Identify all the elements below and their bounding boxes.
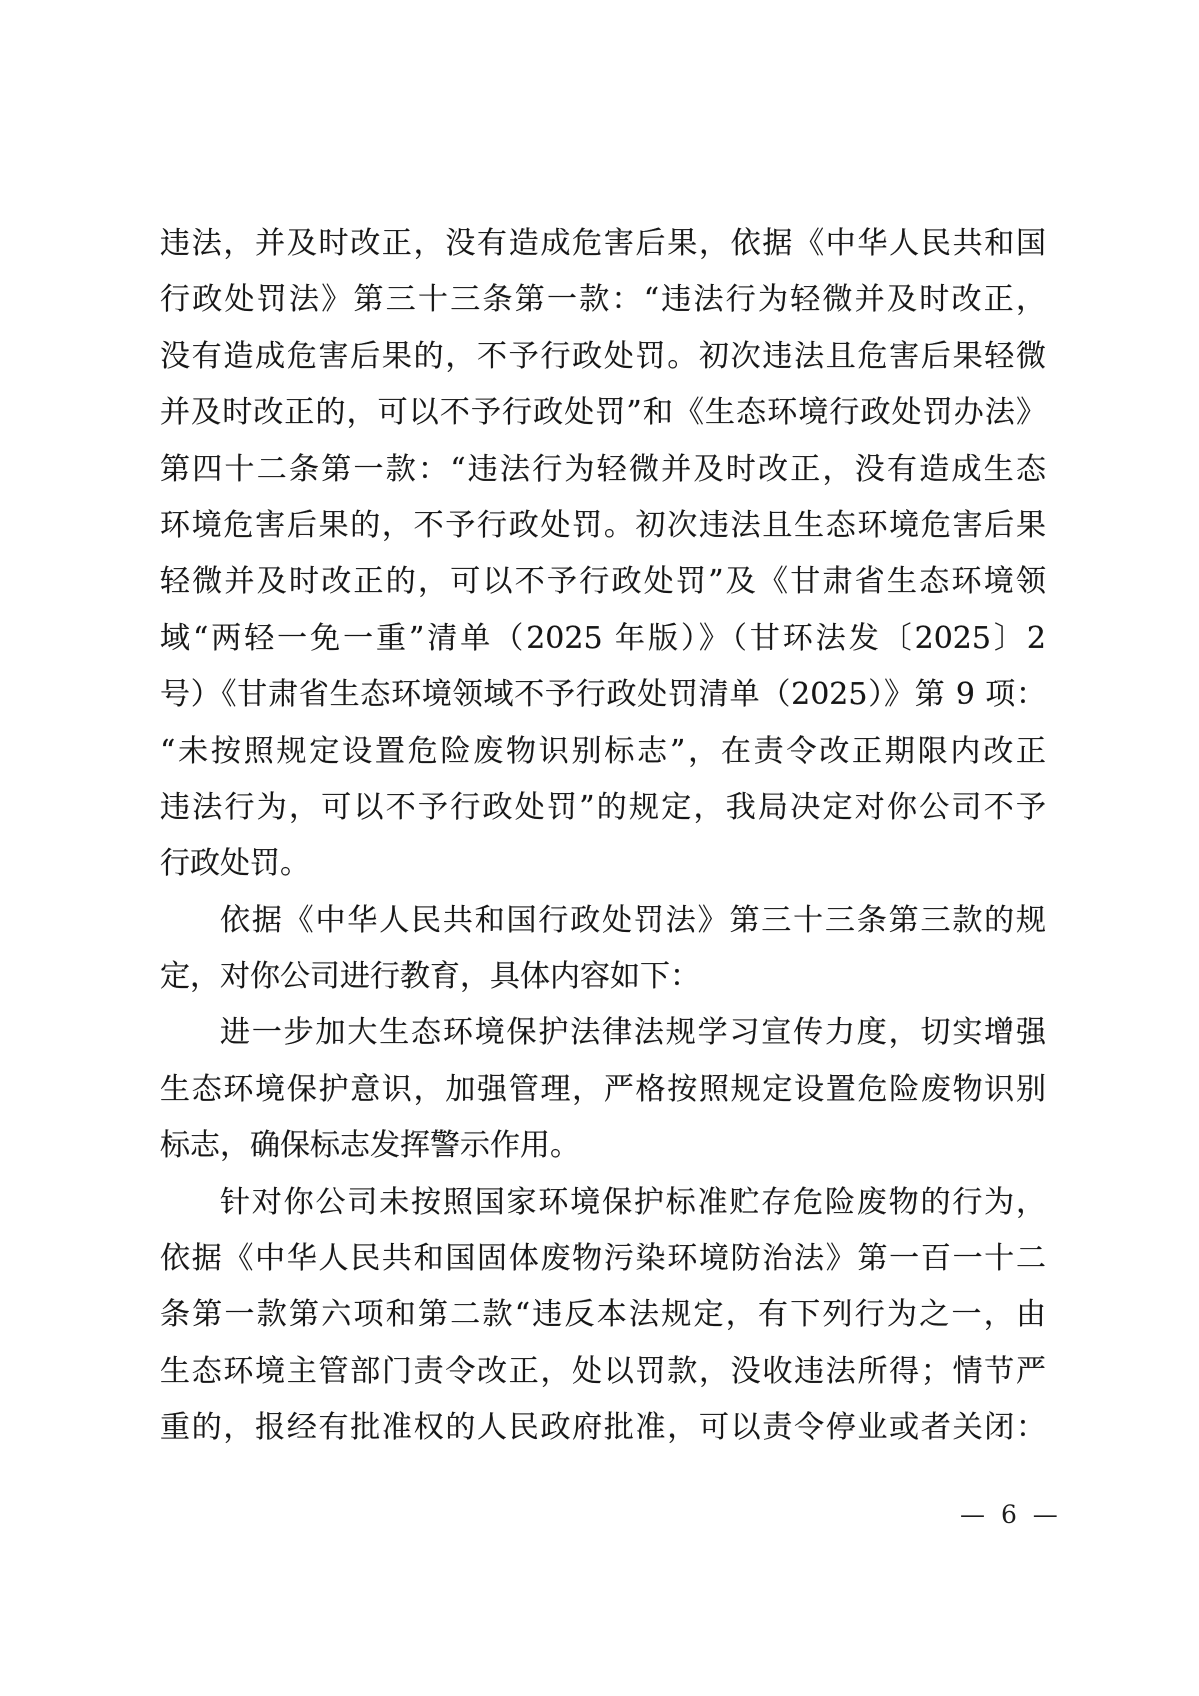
text-line: 依据《中华人民共和国固体废物污染环境防治法》第一百一十二 xyxy=(160,1231,1046,1287)
text-line: 标志，确保标志发挥警示作用。 xyxy=(160,1118,1046,1174)
text-line: 环境危害后果的，不予行政处罚。初次违法且生态环境危害后果 xyxy=(160,498,1046,554)
text-line: “未按照规定设置危险废物识别标志”，在责令改正期限内改正 xyxy=(160,724,1046,780)
text-line: 域“两轻一免一重”清单（2025 年版）》（甘环法发〔2025〕2 xyxy=(160,611,1046,667)
text-line: 违法行为，可以不予行政处罚”的规定，我局决定对你公司不予 xyxy=(160,780,1046,836)
text-line: 行政处罚。 xyxy=(160,836,1046,892)
page-number: — 6 — xyxy=(960,1498,1070,1532)
document-body-text: 违法，并及时改正，没有造成危害后果，依据《中华人民共和国行政处罚法》第三十三条第… xyxy=(160,216,1046,1457)
text-line: 条第一款第六项和第二款“违反本法规定，有下列行为之一，由 xyxy=(160,1287,1046,1343)
text-line: 轻微并及时改正的，可以不予行政处罚”及《甘肃省生态环境领 xyxy=(160,554,1046,610)
text-line: 依据《中华人民共和国行政处罚法》第三十三条第三款的规 xyxy=(160,893,1046,949)
text-line: 行政处罚法》第三十三条第一款：“违法行为轻微并及时改正， xyxy=(160,272,1046,328)
text-line: 并及时改正的，可以不予行政处罚”和《生态环境行政处罚办法》 xyxy=(160,385,1046,441)
scanned-document-page: 违法，并及时改正，没有造成危害后果，依据《中华人民共和国行政处罚法》第三十三条第… xyxy=(0,0,1199,1696)
text-line: 违法，并及时改正，没有造成危害后果，依据《中华人民共和国 xyxy=(160,216,1046,272)
text-line: 针对你公司未按照国家环境保护标准贮存危险废物的行为， xyxy=(160,1175,1046,1231)
text-line: 第四十二条第一款：“违法行为轻微并及时改正，没有造成生态 xyxy=(160,442,1046,498)
text-line: 重的，报经有批准权的人民政府批准，可以责令停业或者关闭： xyxy=(160,1400,1046,1456)
text-line: 定，对你公司进行教育，具体内容如下： xyxy=(160,949,1046,1005)
text-line: 生态环境保护意识，加强管理，严格按照规定设置危险废物识别 xyxy=(160,1062,1046,1118)
text-line: 进一步加大生态环境保护法律法规学习宣传力度，切实增强 xyxy=(160,1005,1046,1061)
text-line: 没有造成危害后果的，不予行政处罚。初次违法且危害后果轻微 xyxy=(160,329,1046,385)
text-line: 号）《甘肃省生态环境领域不予行政处罚清单（2025）》第 9 项： xyxy=(160,667,1046,723)
text-line: 生态环境主管部门责令改正，处以罚款，没收违法所得；情节严 xyxy=(160,1344,1046,1400)
